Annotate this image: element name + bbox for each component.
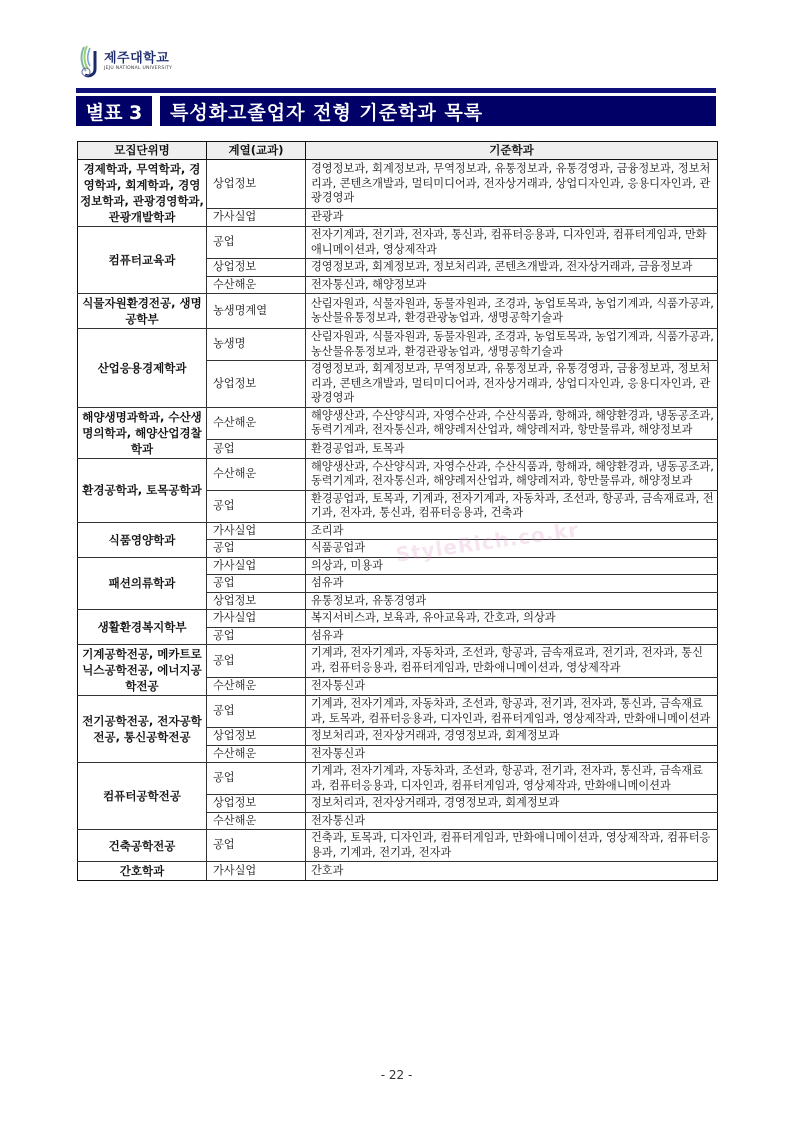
recruitment-unit-cell: 패션의류학과 [78, 557, 207, 610]
category-cell: 공업 [207, 490, 306, 522]
table-row: 환경공학과, 토목공학과수산해운해양생산과, 수산양식과, 자영수산과, 수산식… [78, 458, 718, 490]
page-title: 특성화고졸업자 전형 기준학과 목록 [160, 96, 716, 126]
category-cell: 공업 [207, 227, 306, 259]
table-row: 산업응용경제학과농생명산림자원과, 식물자원과, 동물자원과, 조경과, 농업토… [78, 329, 718, 361]
table-body: 경제학과, 무역학과, 경영학과, 회계학과, 경영정보학과, 관광경영학과, … [78, 160, 718, 881]
departments-cell: 관광과 [306, 208, 718, 226]
category-cell: 공업 [207, 440, 306, 458]
category-cell: 상업정보 [207, 361, 306, 408]
departments-cell: 산림자원과, 식물자원과, 동물자원과, 조경과, 농업토목과, 농업기계과, … [306, 294, 718, 329]
departments-cell: 정보처리과, 전자상거래과, 경영정보과, 회계정보과 [306, 728, 718, 746]
category-cell: 농생명계열 [207, 294, 306, 329]
table-row: 컴퓨터교육과공업전자기계과, 전기과, 전자과, 통신과, 컴퓨터응용과, 디자… [78, 227, 718, 259]
recruitment-unit-cell: 전기공학전공, 전자공학전공, 통신공학전공 [78, 696, 207, 763]
departments-cell: 환경공업과, 토목과, 기계과, 전자기계과, 자동차과, 조선과, 항공과, … [306, 490, 718, 522]
category-cell: 가사실업 [207, 208, 306, 226]
category-cell: 공업 [207, 696, 306, 728]
recruitment-unit-cell: 컴퓨터공학전공 [78, 763, 207, 830]
appendix-tag: 별표 3 [76, 96, 152, 126]
recruitment-unit-cell: 간호학과 [78, 862, 207, 881]
category-cell: 공업 [207, 540, 306, 558]
departments-cell: 해양생산과, 수산양식과, 자영수산과, 수산식품과, 항해과, 해양환경과, … [306, 458, 718, 490]
table-row: 컴퓨터공학전공공업기계과, 전자기계과, 자동차과, 조선과, 항공과, 전기과… [78, 763, 718, 795]
admission-table: 모집단위명 계열(교과) 기준학과 경제학과, 무역학과, 경영학과, 회계학과… [77, 141, 718, 881]
table-row: 생활환경복지학부가사실업복지서비스과, 보육과, 유아교육과, 간호과, 의상과 [78, 610, 718, 628]
category-cell: 공업 [207, 645, 306, 678]
table-row: 전기공학전공, 전자공학전공, 통신공학전공공업기계과, 전자기계과, 자동차과… [78, 696, 718, 728]
logo-korean-name: 제주대학교 [104, 52, 172, 66]
departments-cell: 섬유과 [306, 627, 718, 645]
column-header-category: 계열(교과) [207, 142, 306, 160]
departments-cell: 경영정보과, 회계정보과, 무역정보과, 유통정보과, 유통경영과, 금융정보과… [306, 361, 718, 408]
recruitment-unit-cell: 기계공학전공, 메카트로닉스공학전공, 에너지공학전공 [78, 645, 207, 696]
category-cell: 공업 [207, 627, 306, 645]
table-row: 경제학과, 무역학과, 경영학과, 회계학과, 경영정보학과, 관광경영학과, … [78, 160, 718, 209]
table-row: 식품영양학과가사실업조리과 [78, 522, 718, 540]
departments-cell: 전자기계과, 전기과, 전자과, 통신과, 컴퓨터응용과, 디자인과, 컴퓨터게… [306, 227, 718, 259]
recruitment-unit-cell: 산업응용경제학과 [78, 329, 207, 408]
category-cell: 상업정보 [207, 728, 306, 746]
departments-cell: 섬유과 [306, 575, 718, 593]
departments-cell: 건축과, 토목과, 디자인과, 컴퓨터게임과, 만화애니메이션과, 영상제작과,… [306, 830, 718, 862]
category-cell: 수산해운 [207, 677, 306, 695]
recruitment-unit-cell: 건축공학전공 [78, 830, 207, 862]
category-cell: 수산해운 [207, 812, 306, 830]
recruitment-unit-cell: 환경공학과, 토목공학과 [78, 458, 207, 522]
category-cell: 상업정보 [207, 259, 306, 277]
logo-english-name: JEJU NATIONAL UNIVERSITY [104, 66, 172, 72]
title-bar: 별표 3 특성화고졸업자 전형 기준학과 목록 [76, 96, 716, 126]
category-cell: 가사실업 [207, 557, 306, 575]
category-cell: 상업정보 [207, 160, 306, 209]
departments-cell: 산림자원과, 식물자원과, 동물자원과, 조경과, 농업토목과, 농업기계과, … [306, 329, 718, 361]
table-row: 식물자원환경전공, 생명공학부농생명계열산림자원과, 식물자원과, 동물자원과,… [78, 294, 718, 329]
title-gap [152, 96, 160, 126]
departments-cell: 의상과, 미용과 [306, 557, 718, 575]
departments-cell: 간호과 [306, 862, 718, 881]
departments-cell: 전자통신과, 해양정보과 [306, 276, 718, 294]
header-rule [76, 88, 716, 93]
category-cell: 농생명 [207, 329, 306, 361]
category-cell: 수산해운 [207, 276, 306, 294]
departments-cell: 기계과, 전자기계과, 자동차과, 조선과, 항공과, 전기과, 전자과, 통신… [306, 763, 718, 795]
departments-cell: 경영정보과, 회계정보과, 무역정보과, 유통정보과, 유통경영과, 금융정보과… [306, 160, 718, 209]
category-cell: 수산해운 [207, 407, 306, 440]
category-cell: 가사실업 [207, 522, 306, 540]
category-cell: 수산해운 [207, 745, 306, 763]
departments-cell: 전자통신과 [306, 745, 718, 763]
departments-cell: 전자통신과 [306, 677, 718, 695]
category-cell: 공업 [207, 575, 306, 593]
recruitment-unit-cell: 생활환경복지학부 [78, 610, 207, 645]
table-row: 해양생명과학과, 수산생명의학과, 해양산업경찰학과수산해운해양생산과, 수산양… [78, 407, 718, 440]
recruitment-unit-cell: 식물자원환경전공, 생명공학부 [78, 294, 207, 329]
category-cell: 공업 [207, 830, 306, 862]
category-cell: 수산해운 [207, 458, 306, 490]
recruitment-unit-cell: 경제학과, 무역학과, 경영학과, 회계학과, 경영정보학과, 관광경영학과, … [78, 160, 207, 227]
departments-cell: 유통정보과, 유통경영과 [306, 592, 718, 610]
departments-cell: 경영정보과, 회계정보과, 정보처리과, 콘텐츠개발과, 전자상거래과, 금융정… [306, 259, 718, 277]
table-row: 건축공학전공공업건축과, 토목과, 디자인과, 컴퓨터게임과, 만화애니메이션과… [78, 830, 718, 862]
page-number: - 22 - [0, 1068, 793, 1082]
departments-cell: 환경공업과, 토목과 [306, 440, 718, 458]
column-header-departments: 기준학과 [306, 142, 718, 160]
departments-cell: 식품공업과 [306, 540, 718, 558]
table-row: 간호학과가사실업간호과 [78, 862, 718, 881]
departments-cell: 기계과, 전자기계과, 자동차과, 조선과, 항공과, 금속재료과, 전기과, … [306, 645, 718, 678]
departments-cell: 복지서비스과, 보육과, 유아교육과, 간호과, 의상과 [306, 610, 718, 628]
recruitment-unit-cell: 해양생명과학과, 수산생명의학과, 해양산업경찰학과 [78, 407, 207, 458]
recruitment-unit-cell: 컴퓨터교육과 [78, 227, 207, 294]
university-logo: 제주대학교 JEJU NATIONAL UNIVERSITY [78, 44, 172, 80]
recruitment-unit-cell: 식품영양학과 [78, 522, 207, 557]
departments-cell: 전자통신과 [306, 812, 718, 830]
category-cell: 가사실업 [207, 610, 306, 628]
table-row: 기계공학전공, 메카트로닉스공학전공, 에너지공학전공공업기계과, 전자기계과,… [78, 645, 718, 678]
logo-emblem-icon [78, 45, 100, 79]
departments-cell: 기계과, 전자기계과, 자동차과, 조선과, 항공과, 전기과, 전자과, 통신… [306, 696, 718, 728]
category-cell: 상업정보 [207, 795, 306, 813]
departments-cell: 해양생산과, 수산양식과, 자영수산과, 수산식품과, 항해과, 해양환경과, … [306, 407, 718, 440]
table-row: 패션의류학과가사실업의상과, 미용과 [78, 557, 718, 575]
table-header-row: 모집단위명 계열(교과) 기준학과 [78, 142, 718, 160]
category-cell: 상업정보 [207, 592, 306, 610]
departments-cell: 정보처리과, 전자상거래과, 경영정보과, 회계정보과 [306, 795, 718, 813]
category-cell: 공업 [207, 763, 306, 795]
departments-cell: 조리과 [306, 522, 718, 540]
category-cell: 가사실업 [207, 862, 306, 881]
column-header-unit: 모집단위명 [78, 142, 207, 160]
